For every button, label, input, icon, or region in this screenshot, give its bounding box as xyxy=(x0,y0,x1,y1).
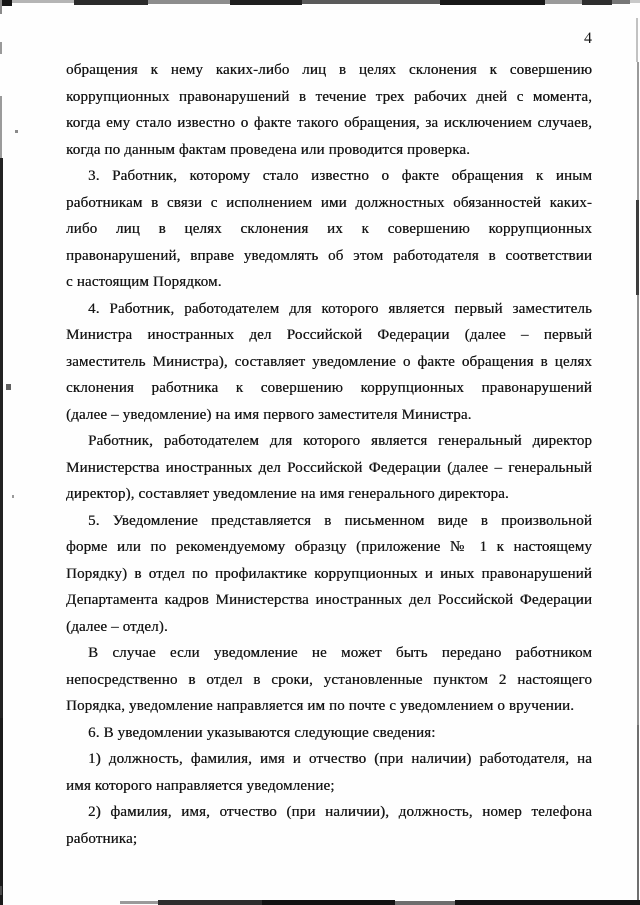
scan-mark xyxy=(15,130,18,133)
scan-mark xyxy=(0,886,2,895)
text-line: форме или по рекомендуемому образцу (при… xyxy=(66,534,592,561)
scan-mark xyxy=(630,0,640,3)
scan-mark xyxy=(0,718,3,905)
scan-mark xyxy=(12,495,14,498)
document-text: обращения к нему каких-либо лиц в целях … xyxy=(66,57,592,852)
scan-mark xyxy=(262,900,395,905)
text-line: Работник, работодателем для которого явл… xyxy=(66,428,592,455)
scan-mark xyxy=(302,0,440,4)
text-line: 5. Уведомление представляется в письменн… xyxy=(66,508,592,535)
scan-mark xyxy=(0,0,12,6)
text-line: Порядка, уведомление направляется им по … xyxy=(66,693,592,720)
text-line: либо лиц в целях склонения их к совершен… xyxy=(66,216,592,243)
scan-mark xyxy=(0,158,3,718)
scan-mark xyxy=(637,295,639,725)
text-line: когда ему стало известно о факте такого … xyxy=(66,110,592,137)
text-line: В случае если уведомление не может быть … xyxy=(66,640,592,667)
scan-mark xyxy=(148,0,230,4)
scan-mark xyxy=(158,900,262,905)
scan-mark xyxy=(230,0,302,5)
scan-mark xyxy=(0,96,2,158)
scan-mark xyxy=(637,62,639,202)
scan-mark xyxy=(612,0,630,4)
scan-mark xyxy=(12,0,74,3)
scan-mark xyxy=(74,0,148,5)
scan-mark xyxy=(120,901,158,904)
text-line: 4. Работник, работодателем для которого … xyxy=(66,296,592,323)
page-number: 4 xyxy=(576,30,600,48)
scan-mark xyxy=(0,42,2,54)
text-line: 6. В уведомлении указываются следующие с… xyxy=(66,720,592,747)
text-line: директор), составляет уведомление на имя… xyxy=(66,481,592,508)
text-line: Департамента кадров Министерства иностра… xyxy=(66,587,592,614)
text-line: когда по данным фактам проведена или про… xyxy=(66,137,592,164)
text-line: 3. Работник, которому стало известно о ф… xyxy=(66,163,592,190)
scan-mark xyxy=(395,901,455,905)
text-line: Порядку) в отдел по профилактике коррупц… xyxy=(66,561,592,588)
text-line: непосредственно в отдел в сроки, установ… xyxy=(66,667,592,694)
scan-mark xyxy=(637,725,639,905)
scan-mark xyxy=(636,200,639,295)
text-line: работника; xyxy=(66,826,592,853)
document-page: 4 обращения к нему каких-либо лиц в целя… xyxy=(0,0,640,905)
scan-mark xyxy=(0,0,2,14)
text-line: обращения к нему каких-либо лиц в целях … xyxy=(66,57,592,84)
text-line: склонения работника к совершению коррупц… xyxy=(66,375,592,402)
scan-mark xyxy=(440,0,545,5)
scan-mark xyxy=(582,0,612,5)
text-line: (далее – уведомление) на имя первого зам… xyxy=(66,402,592,429)
text-line: работникам в связи с исполнением ими дол… xyxy=(66,190,592,217)
text-line: имя которого направляется уведомление; xyxy=(66,773,592,800)
text-line: 1) должность, фамилия, имя и отчество (п… xyxy=(66,746,592,773)
text-line: с настоящим Порядком. xyxy=(66,269,592,296)
text-line: заместитель Министра), составляет уведом… xyxy=(66,349,592,376)
scan-mark xyxy=(636,18,638,62)
text-line: Министерства иностранных дел Российской … xyxy=(66,455,592,482)
text-line: 2) фамилия, имя, отчество (при наличии),… xyxy=(66,799,592,826)
text-line: Министра иностранных дел Российской Феде… xyxy=(66,322,592,349)
text-line: правонарушений, вправе уведомлять об это… xyxy=(66,243,592,270)
text-line: коррупционных правонарушений в течение т… xyxy=(66,84,592,111)
scan-mark xyxy=(455,900,640,905)
text-line: (далее – отдел). xyxy=(66,614,592,641)
scan-mark xyxy=(6,384,11,390)
scan-mark xyxy=(545,0,582,4)
